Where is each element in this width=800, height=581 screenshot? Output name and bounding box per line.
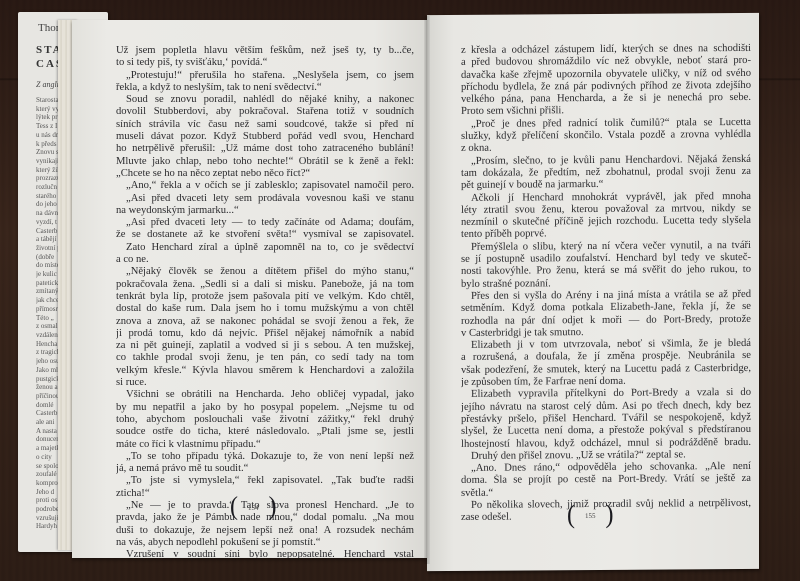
- text-line: Vzrušení v soudní síni bylo nepopsatelné…: [116, 549, 414, 558]
- left-paren-ornament: (: [230, 493, 238, 523]
- text-line: na vás, abych nepodlehl pokušení se jí p…: [116, 537, 414, 549]
- text-line: a co ne.: [116, 254, 414, 266]
- left-page-text: Už jsem popletla hlavu větším feškům, ne…: [116, 45, 414, 558]
- text-line: že se dostanete až ke stvoření světa!“ v…: [116, 229, 414, 241]
- text-line: já, a nemá právo mě tu soudit.“: [116, 463, 414, 475]
- text-line: „Asi před dvaceti lety sem prodávala vov…: [116, 193, 414, 205]
- text-line: „Chcete se ho na něco zeptat nebo něco ř…: [116, 168, 414, 180]
- text-line: tenkrát byla líp, protože jsem pašovala …: [116, 291, 414, 303]
- text-line: Zato Henchard zíral a úplně zapomněl na …: [116, 242, 414, 254]
- text-line: to si tedy piš, ty svišťáku,‘ povídá.“: [116, 57, 414, 69]
- right-page-number-value: 155: [585, 511, 596, 519]
- text-line: na weydonským jarmarku...“: [116, 205, 414, 217]
- text-line: dovolil Stubberdovi, aby pokračoval. Sta…: [116, 106, 414, 118]
- text-line: „Protestuju!“ přerušila ho stařena. „Nes…: [116, 70, 414, 82]
- text-line: nosti takovýhle. Pro ženu, která se má s…: [461, 264, 751, 278]
- text-line: ji prodá tomu, kdo dá nejvíc. Přišel něj…: [116, 328, 414, 340]
- text-line: Všichni se obrátili na Hencharda. Jeho o…: [116, 389, 414, 401]
- text-line: Soud se znovu poradil, nahlédl do nějaké…: [116, 94, 414, 106]
- right-page-number: ( 155 ): [567, 502, 614, 529]
- text-line: doma. Šla se projít po cestě na Port-Bre…: [461, 473, 751, 487]
- text-line: Mluvte jako chlap, nebo toho nechte!“ Ob…: [116, 156, 414, 168]
- text-line: co takhle prodal svoji ženu, je ten pán,…: [116, 352, 414, 364]
- text-line: však podezření, že smutek, který na Luce…: [461, 363, 751, 377]
- text-line: za ni pět guinejí, zaplatil a vodved si …: [116, 340, 414, 352]
- right-paren-ornament: ): [269, 493, 277, 523]
- left-page: Už jsem popletla hlavu větším feškům, ne…: [72, 20, 427, 558]
- text-line: „To se toho případu týká. Dokazuje to, ž…: [116, 451, 414, 463]
- text-line: síních strávila víc času než sami soudco…: [116, 119, 414, 131]
- text-line: by mu nepatřil a jako by ho posypal pope…: [116, 402, 414, 414]
- text-line: „Nějaký člověk se ženou a dítětem přišel…: [116, 266, 414, 278]
- text-line: rozhodla na pár dní odjet k moři — do Po…: [461, 313, 751, 327]
- text-line: ho netrpělivě přerušil: „Už máme dost to…: [116, 143, 414, 155]
- text-line: tam dokázala, že předtím, než zbohatnul,…: [461, 166, 751, 180]
- text-line: toho, abychom poslouchali vaše životní z…: [116, 414, 414, 426]
- left-page-number-value: 154: [248, 504, 259, 512]
- text-line: lhostejností hlavou, když odcházel, mnul…: [461, 436, 751, 450]
- text-line: pokračovala žena. „Sedli si a dali si mi…: [116, 279, 414, 291]
- text-line: „Asi před dvaceti lety — to tedy začínát…: [116, 217, 414, 229]
- right-page-text: z křesla a odcházel zástupem lidí, který…: [461, 43, 751, 525]
- text-line: Už jsem popletla hlavu větším feškům, ne…: [116, 45, 414, 57]
- right-paren-ornament: ): [606, 501, 614, 531]
- text-line: „Ano,“ řekla a v očích se jí zablesklo; …: [116, 180, 414, 192]
- left-page-number: ( 154 ): [230, 494, 277, 521]
- left-paren-ornament: (: [567, 501, 575, 531]
- text-line: si ruce.: [116, 377, 414, 389]
- text-line: soudce ostře do ticha, které následovalo…: [116, 426, 414, 438]
- text-line: řekla, a když to neslyším, tak to není s…: [116, 82, 414, 94]
- text-line: „To jste si vymyslela,“ řekl zapisovatel…: [116, 475, 414, 487]
- book-gutter: [424, 16, 430, 564]
- text-line: služky, když přelíčení skončilo. Vstala …: [461, 129, 751, 143]
- text-line: museli dávat pozor. Když Stubberd pořád …: [116, 131, 414, 143]
- text-line: máte co říci k vlastnímu případu.“: [116, 439, 414, 451]
- text-line: znova a znova, až se nakonec pohádal se …: [116, 316, 414, 328]
- text-line: dostal do kaše rum. Dala jsem ho i tomu …: [116, 303, 414, 315]
- text-line: velkým křesle.“ Kývla hlavou směrem k He…: [116, 365, 414, 377]
- right-page: z křesla a odcházel zástupem lidí, který…: [427, 13, 759, 571]
- text-line: duši to dokazuje, že nejsem lepší než on…: [116, 525, 414, 537]
